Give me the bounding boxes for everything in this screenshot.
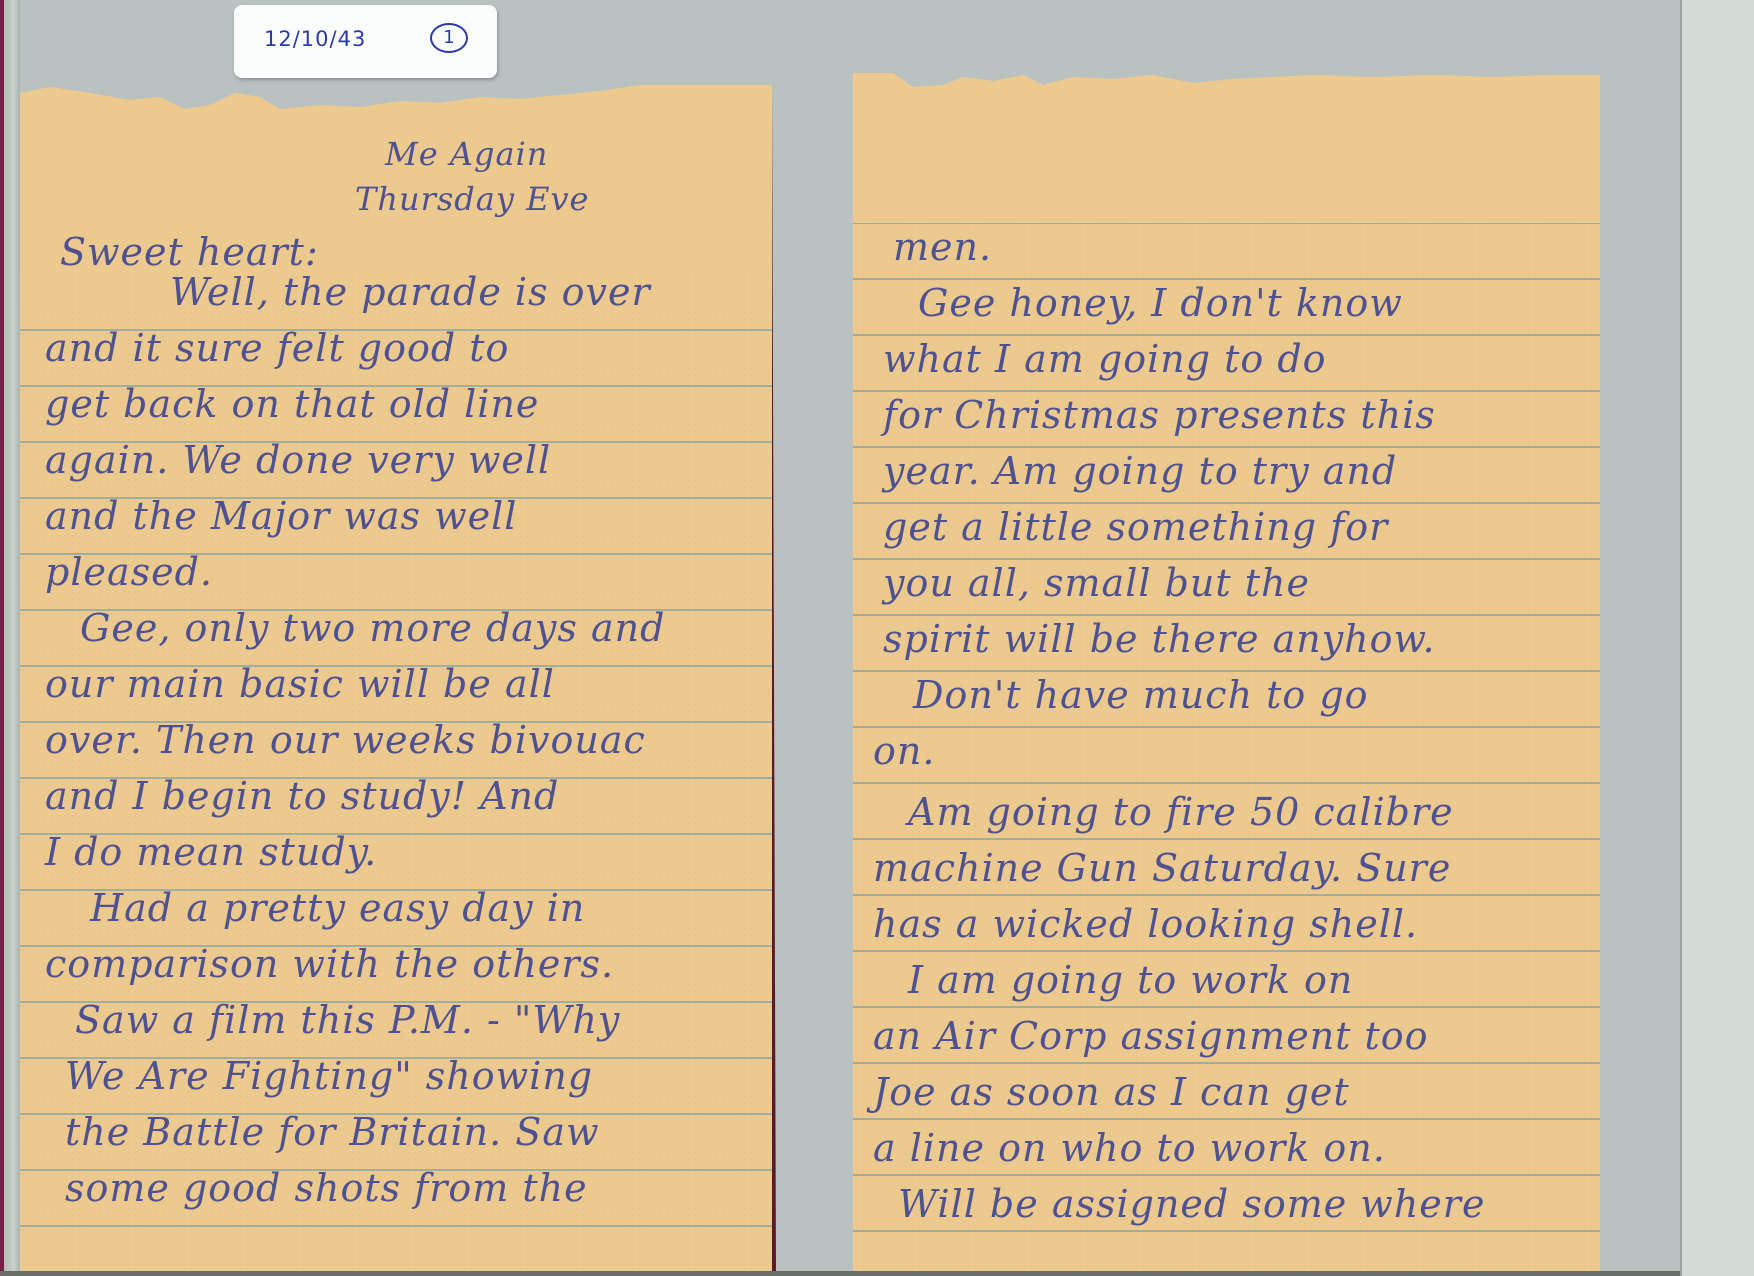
letter-line: machine Gun Saturday. Sure [873,846,1451,890]
letter-page-right: men. Gee honey, I don't know what I am g… [853,73,1600,1272]
letter-line: Had a pretty easy day in [90,886,585,930]
letter-line: I am going to work on [908,958,1353,1002]
letter-line: and I begin to study! And [45,774,559,818]
top-margin [853,73,1600,223]
letter-line: Gee, only two more days and [80,606,665,650]
label-date: 12/10/43 [264,27,366,51]
letter-page-left: Me Again Thursday Eve Sweet heart: Well,… [20,85,776,1276]
letter-line: Gee honey, I don't know [918,281,1403,325]
letter-line: a line on who to work on. [873,1126,1386,1170]
scan-bottom-edge [0,1271,1680,1276]
letter-line: has a wicked looking shell. [873,902,1418,946]
letter-line: an Air Corp assignment too [873,1014,1429,1058]
label-page-number: 1 [430,23,468,53]
letter-line: again. We done very well [45,438,551,482]
binder-edge-strip [4,0,20,1276]
archive-label: 12/10/43 1 [234,5,497,78]
letter-line: comparison with the others. [45,942,614,986]
letter-line: We Are Fighting" showing [65,1054,593,1098]
scanner-bed-edge [1680,0,1754,1276]
letter-line: what I am going to do [883,337,1327,381]
letter-line: pleased. [45,550,213,594]
letter-line: and the Major was well [45,494,517,538]
salutation: Sweet heart: [60,230,319,274]
letter-line: year. Am going to try and [883,449,1397,493]
letter-line: Am going to fire 50 calibre [908,790,1454,834]
letter-line: over. Then our weeks bivouac [45,718,646,762]
letter-line: for Christmas presents this [883,393,1436,437]
letter-heading-line2: Thursday Eve [355,180,589,218]
letter-line: our main basic will be all [45,662,555,706]
letter-line: get a little something for [883,505,1388,549]
letter-line: some good shots from the [65,1166,588,1210]
letter-line: you all, small but the [883,561,1310,605]
letter-heading-line1: Me Again [385,135,548,173]
letter-line: Saw a film this P.M. - "Why [75,998,620,1042]
letter-line: spirit will be there anyhow. [883,617,1436,661]
letter-line: and it sure felt good to [45,326,509,370]
letter-line: I do mean study. [45,830,377,874]
letter-line: get back on that old line [45,382,539,426]
letter-line: Will be assigned some where [898,1182,1485,1226]
letter-line: Joe as soon as I can get [873,1070,1350,1114]
letter-line: on. [873,729,935,773]
letter-line: men. [893,225,992,269]
letter-line: the Battle for Britain. Saw [65,1110,600,1154]
letter-line: Don't have much to go [913,673,1369,717]
letter-line: Well, the parade is over [170,270,651,314]
